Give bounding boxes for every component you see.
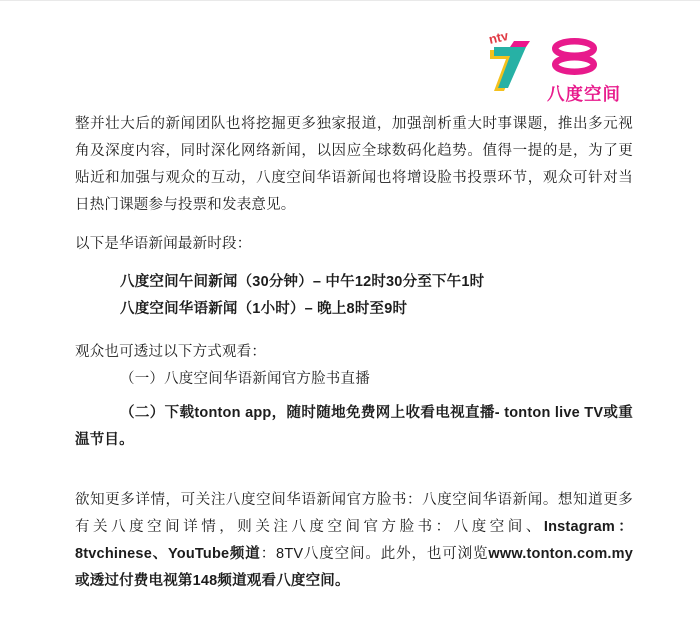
logo-group: ntv 八度空间	[0, 0, 700, 110]
section-label: 观众也可透过以下方式观看：	[75, 339, 633, 366]
eight-bottom-ring-icon	[555, 57, 594, 72]
footer-paragraph: 欲知更多详情，可关注八度空间华语新闻官方脸书：八度空间华语新闻。想知道更多有关八…	[75, 487, 633, 595]
ntv-wordmark: ntv	[488, 31, 510, 47]
eight-top-ring-icon	[555, 41, 594, 56]
list-item: （二）下载tonton app，随时随地免费网上收看电视直播- tonton l…	[75, 400, 633, 454]
text-segment: 八度空间午间新闻（30分钟）– 中午12时30分至下午1时	[120, 274, 484, 290]
text-segment: （二）下载tonton app，随时随地免费网上收看电视直播- tonton l…	[75, 405, 633, 448]
document-body: 整并壮大后的新闻团队也将挖掘更多独家报道，加强剖析重大时事课题，推出多元视角及深…	[75, 111, 633, 595]
paragraph: 整并壮大后的新闻团队也将挖掘更多独家报道，加强剖析重大时事课题，推出多元视角及深…	[75, 111, 633, 219]
ntv7-logo: ntv	[488, 31, 532, 93]
text-segment: 八度空间华语新闻（1小时）– 晚上8时至9时	[120, 301, 407, 317]
list-item: （一）八度空间华语新闻官方脸书直播	[75, 366, 633, 393]
8tv-caption: 八度空间	[547, 84, 621, 103]
schedule-item: 八度空间华语新闻（1小时）– 晚上8时至9时	[75, 296, 633, 323]
seven-top-shape	[510, 41, 530, 47]
press-release-page: ntv 八度空间 整并壮大后的新闻团队也将挖掘更多独家报道，加强剖析重大时事课题…	[0, 0, 700, 643]
text-segment: 观众也可透过以下方式观看：	[75, 344, 266, 360]
text-segment: 整并壮大后的新闻团队也将挖掘更多独家报道，加强剖析重大时事课题，推出多元视角及深…	[75, 116, 633, 213]
text-segment: ：8TV八度空间。此外，也可浏览	[261, 546, 489, 562]
8tv-logo: 八度空间	[546, 38, 624, 103]
text-segment: 以下是华语新闻最新时段：	[75, 236, 251, 252]
section-label: 以下是华语新闻最新时段：	[75, 231, 633, 258]
text-segment: （一）八度空间华语新闻官方脸书直播	[120, 371, 370, 387]
schedule-item: 八度空间午间新闻（30分钟）– 中午12时30分至下午1时	[75, 269, 633, 296]
